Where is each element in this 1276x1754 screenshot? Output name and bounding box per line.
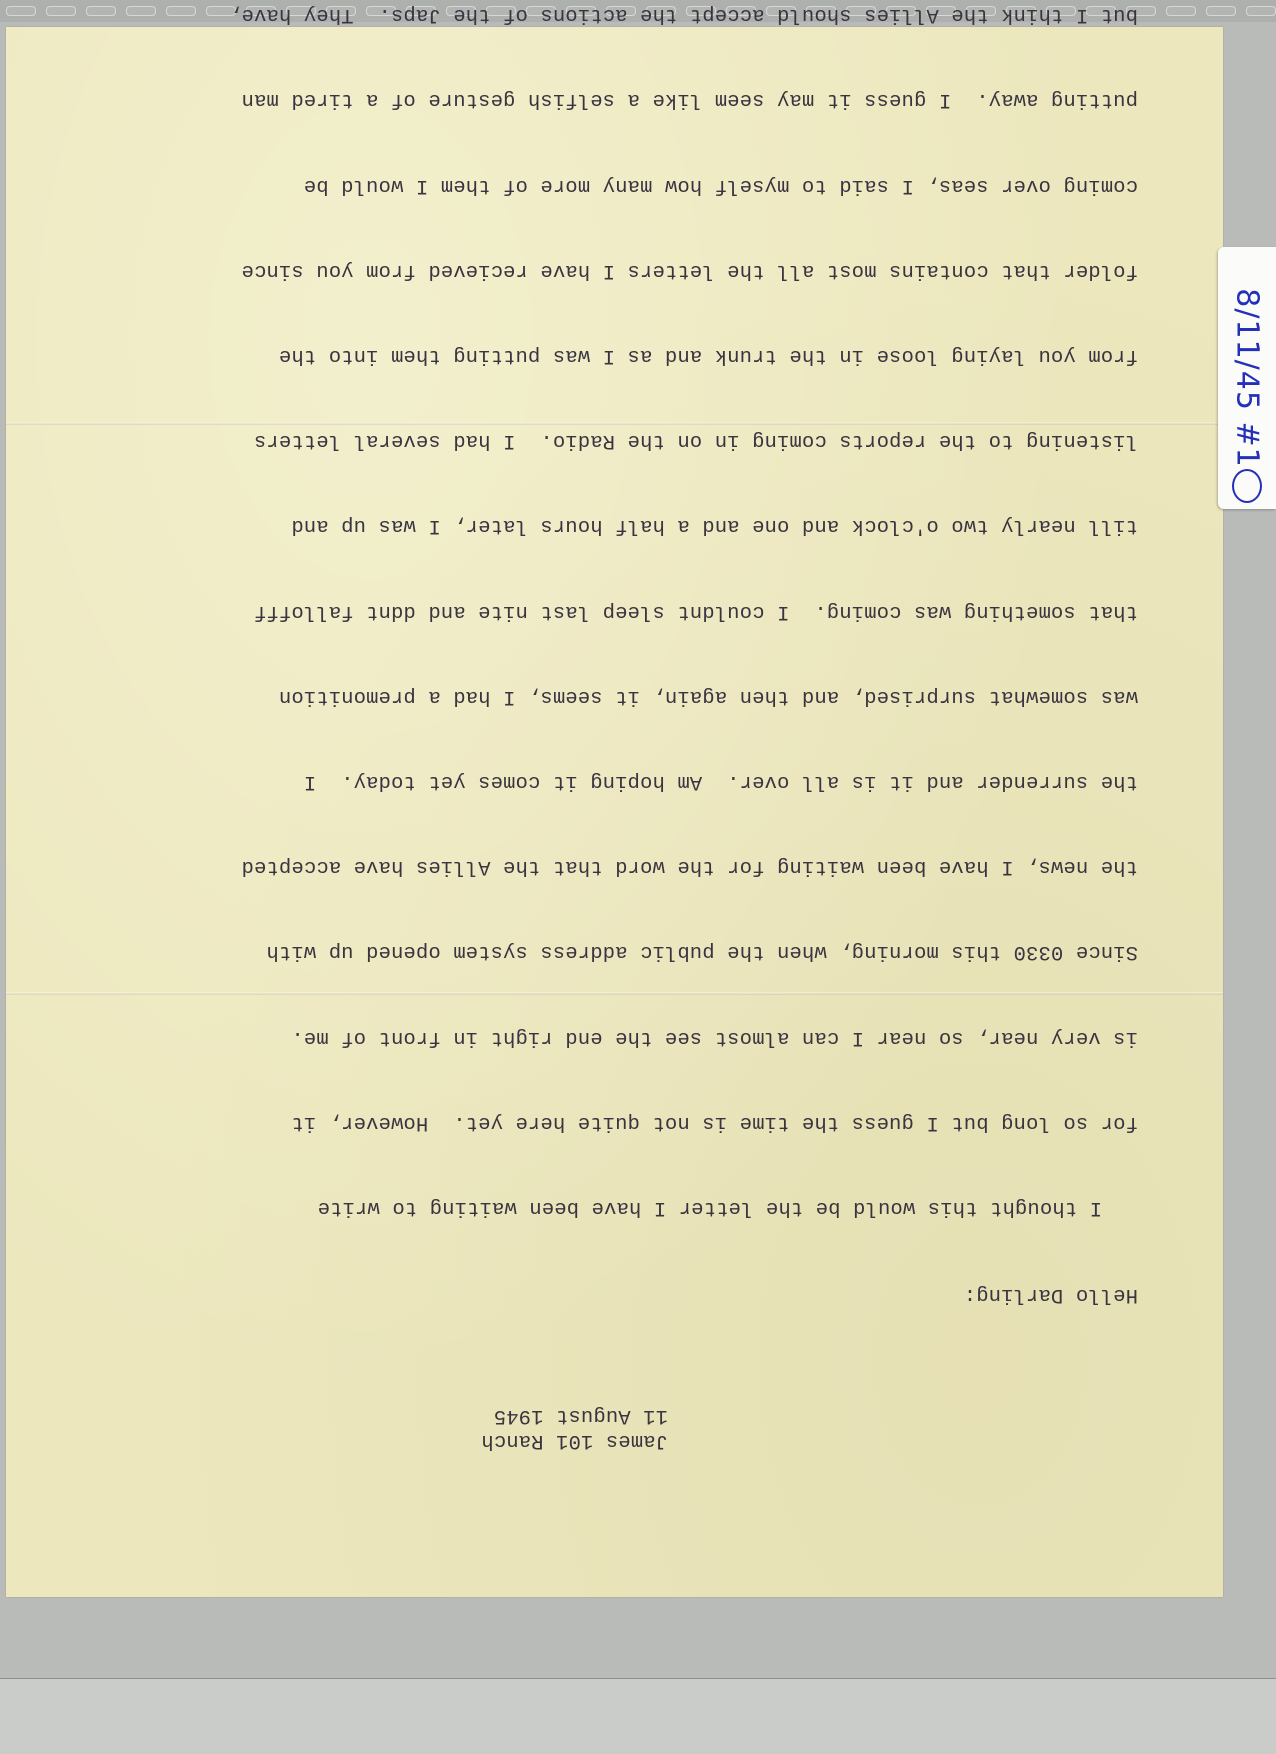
letter-line: is very near, so near I can almost see t… [128,1022,1138,1050]
letter-line: I thought this would be the letter I hav… [128,1193,1138,1221]
typed-letter-upside-down: James 101 Ranch11 August 1945 Hello Darl… [128,125,1138,1510]
letter-line: putting away. I guess it may seem like a… [128,85,1138,113]
scanner-bed-edge [0,1678,1276,1754]
sender-location: James 101 Ranch [128,1428,668,1453]
letter-line: folder that contains most all the letter… [128,255,1138,283]
letter-line: the news, I have been waiting for the wo… [128,852,1138,880]
letter-header: James 101 Ranch11 August 1945 [128,1403,1138,1453]
letter-line: till nearly two o'clock and one and a ha… [128,511,1138,539]
letter-line: for so long but I guess the time is not … [128,1108,1138,1136]
letter-line: coming over seas, I said to myself how m… [128,170,1138,198]
letter-line: that something was coming. I couldnt sle… [128,596,1138,624]
letter-line: the surrender and it is all over. Am hop… [128,767,1138,795]
letter-line: but I think the Allies should accept the… [128,0,1138,28]
letter-line: listening to the reports coming in on th… [128,426,1138,454]
letter-line: was somewhat surprised, and then again, … [128,681,1138,709]
archive-label-tab: 8/11/45 #1 [1218,247,1276,509]
handwritten-date-label: 8/11/45 #1 [1230,288,1265,467]
letter-line: Since 0330 this morning, when the public… [128,937,1138,965]
letter-date: 11 August 1945 [128,1403,668,1428]
circled-mark-icon [1232,469,1262,503]
salutation: Hello Darling: [128,1280,1138,1308]
letter-line: from you laying loose in the trunk and a… [128,341,1138,369]
